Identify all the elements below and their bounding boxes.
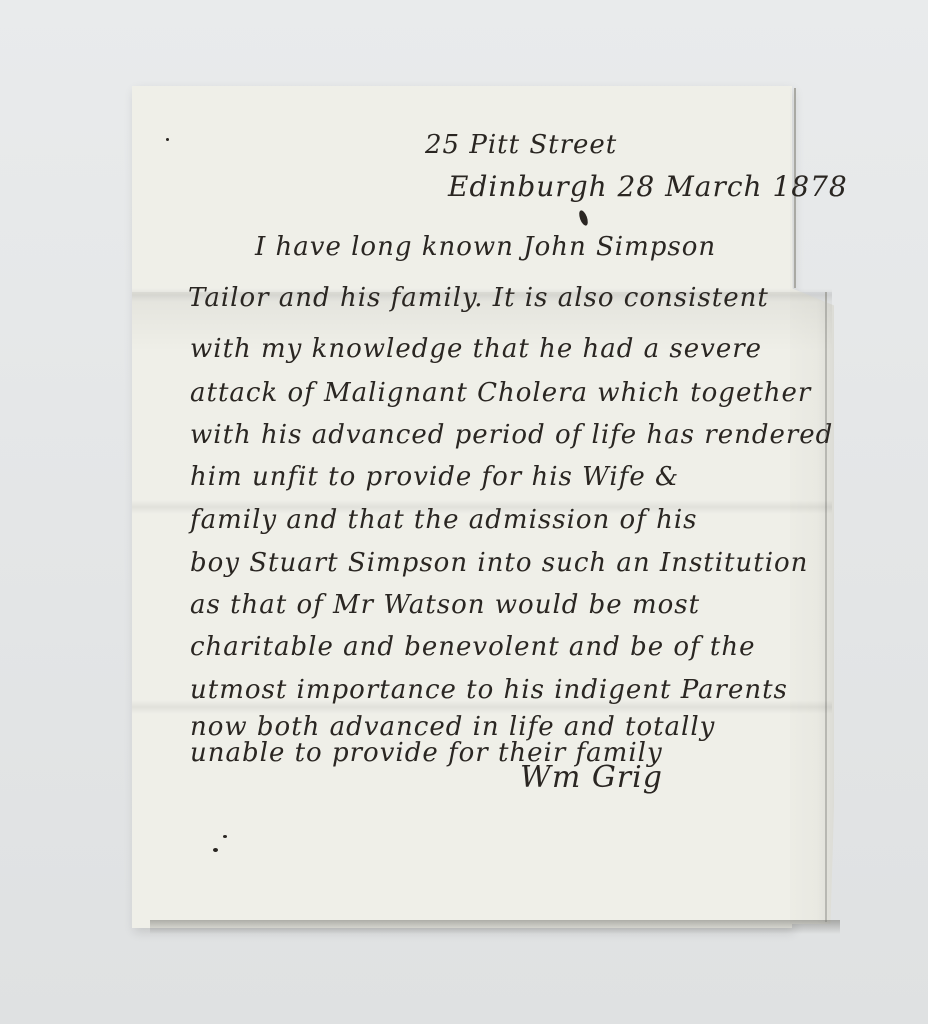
ink-dot [213, 848, 218, 852]
body-line: family and that the admission of his [190, 505, 698, 535]
signature: Wm Grig [520, 760, 663, 795]
address-street: 25 Pitt Street [425, 130, 617, 160]
ink-dot [166, 138, 169, 141]
body-line: I have long known John Simpson [255, 232, 716, 262]
body-line: with his advanced period of life has ren… [190, 420, 833, 450]
ink-dot [223, 835, 227, 838]
body-line: Tailor and his family. It is also consis… [188, 283, 769, 313]
body-line: him unfit to provide for his Wife & [190, 462, 679, 492]
body-line: attack of Malignant Cholera which togeth… [190, 378, 811, 408]
body-line: charitable and benevolent and be of the [190, 632, 756, 662]
address-city-date: Edinburgh 28 March 1878 [448, 170, 848, 203]
paper-shadow [150, 920, 840, 934]
paper-edge [825, 292, 827, 922]
body-line: as that of Mr Watson would be most [190, 590, 700, 620]
body-line: with my knowledge that he had a severe [190, 334, 762, 364]
body-line: utmost importance to his indigent Parent… [190, 675, 788, 705]
body-line: boy Stuart Simpson into such an Institut… [190, 548, 808, 578]
